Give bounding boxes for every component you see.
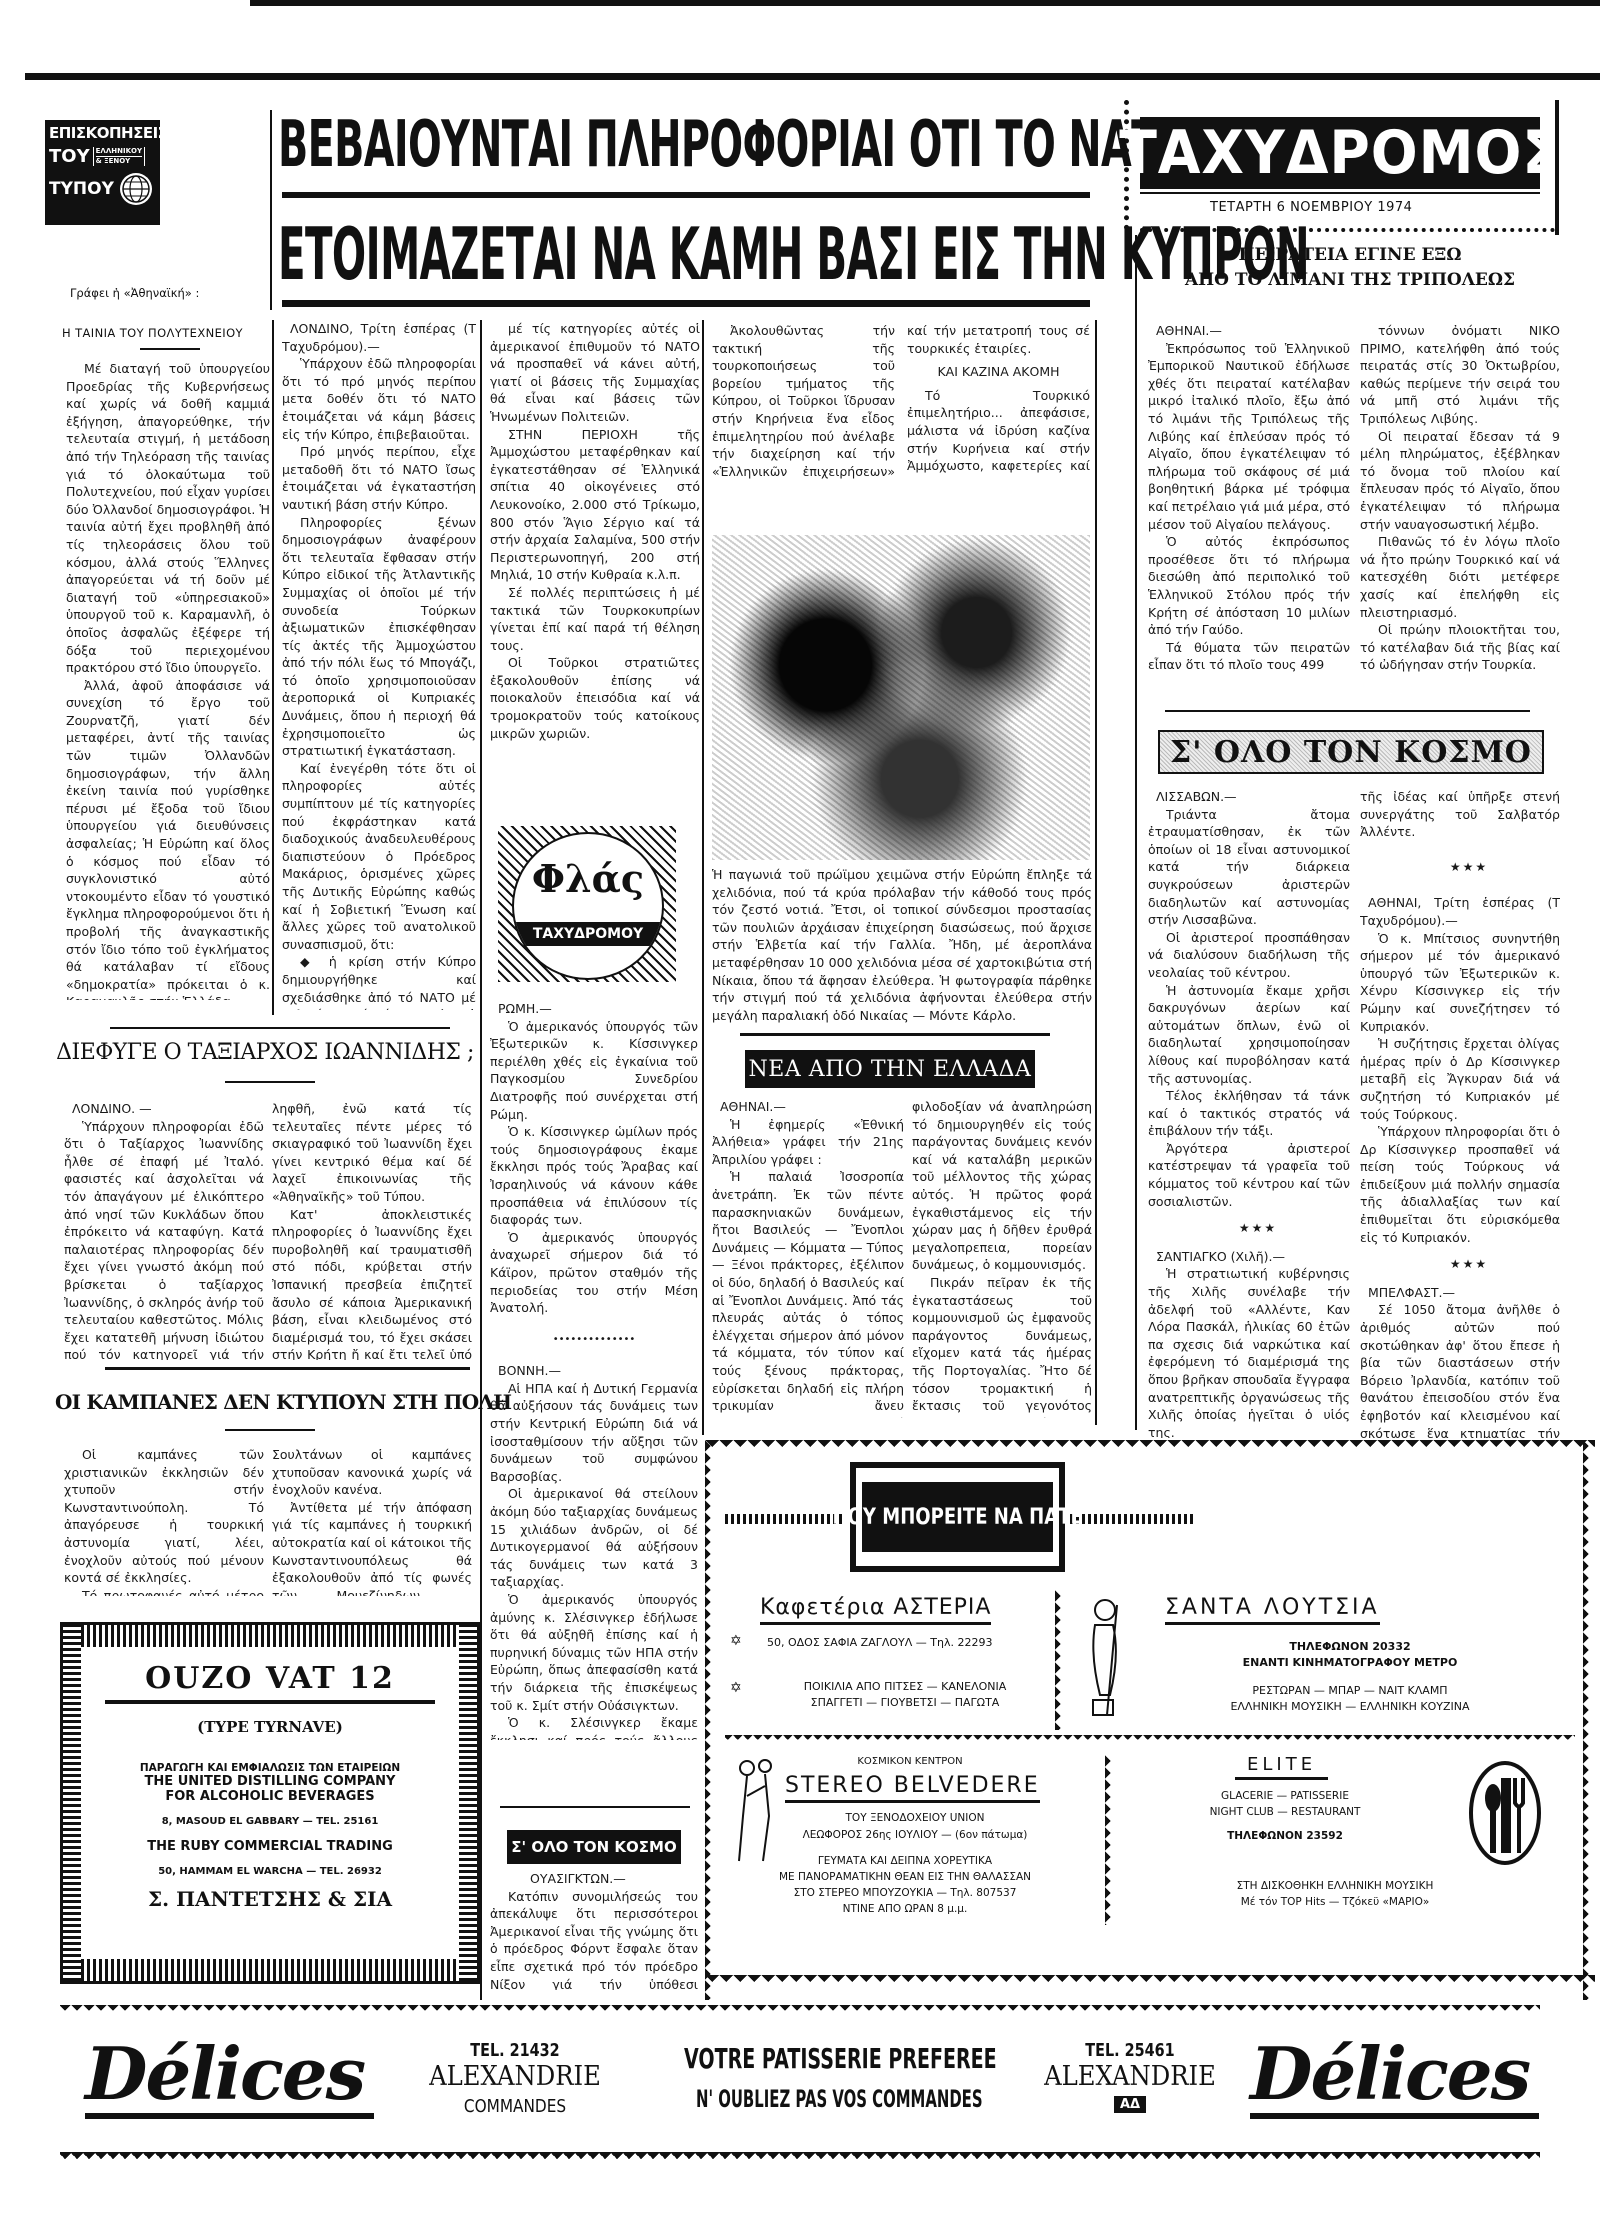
- paragraph: Αἱ ΗΠΑ καί ἡ Δυτική Γερμανία θά αὐξήσουν…: [490, 1380, 698, 1486]
- photo-swallows-icon: [712, 535, 1090, 860]
- paragraph: Ἀργότερα ἀριστεροί κατέστρεψαν τά γραφεῖ…: [1148, 1140, 1350, 1210]
- world-left-body: ΛΙΣΣΑΒΩΝ.— Τριάντα ἄτομα ἐτραυματίσθησαν…: [1148, 788, 1350, 1438]
- paragraph: Τό πρωτοφανές αὐτό μέτρο λαμβάνεται γιά …: [64, 1587, 264, 1596]
- paragraph: Κατόπιν συνομιλήσεώς του ἀπεκάλυψε ὅτι π…: [490, 1888, 698, 1990]
- star-of-david-icon: ✡: [730, 1680, 742, 1696]
- ouzo-line2: THE UNITED DISTILLING COMPANY: [85, 1774, 455, 1789]
- stars-divider: ★★★: [1148, 1220, 1350, 1238]
- paragraph: Ὁ ἀμερικανός ὑπουργός ἀναχωρεῖ σήμερον δ…: [490, 1229, 698, 1317]
- delices-commandes: COMMANDES: [430, 2096, 600, 2117]
- belvedere-kicker: ΚΟΣΜΙΚΟΝ ΚΕΝΤΡΟΝ: [785, 1756, 1035, 1767]
- world-right-body: τῆς ἰδέας καί ὑπῆρξε στενή συνεργάτης το…: [1360, 788, 1560, 1438]
- asteria-address: 50, ΟΔΟΣ ΣΑΦΙΑ ΖΑΓΛΟΥΛ — Τηλ. 22293: [767, 1636, 992, 1649]
- divider-rule: [500, 1806, 690, 1808]
- paragraph: Ἡ συζήτησις ἔρχεται ὀλίγας ἡμέρας πρίν ὁ…: [1360, 1035, 1560, 1123]
- delices-top-border: [60, 2005, 1540, 2017]
- delices-city-left: ALEXANDRIE: [425, 2061, 605, 2092]
- delices-logo-left: Délices: [85, 2035, 374, 2119]
- ouzo-address2: 50, HAMMAM EL WARCHA — TEL. 26932: [85, 1866, 455, 1877]
- piracy-title-line1: ΠΕΙΡΑΤΕΙΑ ΕΓΙΝΕ ΕΞΩ: [1140, 245, 1560, 265]
- flash-title: Φλάς: [514, 856, 662, 901]
- dateline: ΟΥΑΣΙΓΚΤΩΝ.—: [490, 1870, 698, 1888]
- flash-subtitle: ΤΑΧΥΔΡΟΜΟΥ: [514, 922, 662, 946]
- delices-tel-right: TEL. 25461: [1050, 2040, 1210, 2061]
- dateline: ΛΙΣΣΑΒΩΝ.—: [1148, 788, 1350, 806]
- ouzo-ad: OUZO VAT 12 (TYPE TYRNAVE) ΠΑΡΑΓΩΓΗ ΚΑΙ …: [60, 1622, 480, 1984]
- story-polytechnic-title: Η ΤΑΙΝΙΑ ΤΟΥ ΠΟΛΥΤΕΧΝΕΙΟΥ: [62, 326, 243, 340]
- belvedere-line6: ΝΤΙΝΕ ΑΠΟ ΩΡΑΝ 8 μ.μ.: [725, 1903, 1085, 1915]
- paragraph: ΣΤΗΝ ΠΕΡΙΟΧΗ τῆς Ἀμμοχώστου μεταφέρθηκαν…: [490, 426, 700, 584]
- ad-border: [705, 1440, 717, 2000]
- paragraph: Οἱ ἀμερικανοί θά στείλουν ἀκόμη δύο ταξι…: [490, 1485, 698, 1591]
- paragraph: Πληροφορίες ξένων δημοσιογράφων ἀναφέρου…: [282, 514, 476, 760]
- dateline: ΒΟΝΝΗ.—: [490, 1362, 698, 1380]
- delices-right-info: TEL. 25461 ALEXANDRIE ΑΔ: [1030, 2040, 1230, 2113]
- paragraph: Ἀντίθετα μέ τήν ἀπόφαση γιά τίς καμπάνες…: [272, 1499, 472, 1596]
- dateline: ΑΘΗΝΑΙ.—: [1148, 322, 1350, 340]
- press-review-line1: ΕΠΙΣΚΟΠΗΣΕΙΣ: [49, 124, 156, 142]
- paragraph: Σέ 1050 ἄτομα ἀνῆλθε ὁ ἀριθμός αὐτῶν πού…: [1360, 1301, 1560, 1438]
- paragraph: Ἐκπρόσωπος τοῦ Ἑλληνικοῦ Ἐμπορικοῦ Ναυτι…: [1148, 340, 1350, 534]
- bells-right-body: Σουλτάνων οἱ καμπάνες χτυποῦσαν κανονικά…: [272, 1446, 472, 1596]
- asteria-name: Καφετέρια ΑΣΤΕΡΙΑ: [760, 1595, 991, 1625]
- washington-body: ΟΥΑΣΙΓΚΤΩΝ.— Κατόπιν συνομιλήσεώς του ἀπ…: [490, 1870, 698, 1990]
- ouzo-line3: FOR ALCOHOLIC BEVERAGES: [85, 1789, 455, 1804]
- dateline: ΛΟΝΔΙΝΟ. —: [64, 1100, 264, 1118]
- ad-divider: [1055, 1590, 1065, 1730]
- paragraph: Τριάντα ἄτομα ἐτραυματίσθησαν, ἐκ τῶν ὁπ…: [1148, 806, 1350, 929]
- paragraph: ◆ ἡ κρίση στήν Κύπρο δημιουργήθηκε καί σ…: [282, 953, 476, 1010]
- col4-top-body: Ἀκολουθῶντας τήν τακτική τῆς τουρκοποιήσ…: [712, 322, 1090, 492]
- banner-line: [725, 1514, 845, 1524]
- delices-slogan2: N' OUBLIEZ PAS VOS COMMANDES: [696, 2085, 944, 2113]
- elite-phone: ΤΗΛΕΦΩΝΟΝ 23592: [1135, 1830, 1435, 1842]
- paragraph: Οἱ Τοῦρκοι στρατιῶτες ἐξακολουθοῦν ἐπίση…: [490, 654, 700, 742]
- paragraph: Οἱ ἀριστεροί προσπάθησαν νά διαλύσουν δι…: [1148, 929, 1350, 982]
- dateline: ΛΟΝΔΙΝΟ, Τρίτη ἑσπέρας (Τ Ταχυδρόμου).—: [282, 320, 476, 355]
- top-rule: [250, 0, 1600, 6]
- right-col-left-rule: [1135, 780, 1137, 1430]
- paragraph: Κατ' ἀποκλειστικές πληροφορίες ὁ Ἰωαννίδ…: [272, 1206, 472, 1360]
- where-to-go-banner-text: ΠΟΥ ΜΠΟΡΕΙΤΕ ΝΑ ΠΑΤΕ: [832, 1505, 1082, 1530]
- stars-divider: ★★★: [1360, 859, 1560, 877]
- paragraph: ληφθῆ, ἐνῶ κατά τίς τελευταῖες πέντε μέρ…: [272, 1100, 472, 1206]
- paragraph: Ὁ κ. Σλέσινγκερ ἔκαμε ἔκκλησι καί πρός τ…: [490, 1714, 698, 1740]
- delices-city-right: ALEXANDRIE: [1040, 2061, 1220, 2092]
- paragraph: Μέ διαταγή τοῦ ὑπουργείου Προεδρίας τῆς …: [66, 360, 270, 677]
- nameplate-text: ΤΑΧΥΔΡΟΜΟΣ: [1119, 118, 1561, 188]
- paragraph: Ἡ παλαιά Ἰσοσροπία ἀνετράπη. Ἐκ τῶν πέντ…: [712, 1168, 904, 1418]
- ouzo-title: OUZO VAT 12: [105, 1661, 435, 1704]
- elite-line3: ΣΤΗ ΔΙΣΚΟΘΗΚΗ ΕΛΛΗΝΙΚΗ ΜΟΥΣΙΚΗ: [1125, 1880, 1545, 1892]
- ouzo-seller: Σ. ΠΑΝΤΕΤΣΗΣ & ΣΙΑ: [85, 1887, 455, 1911]
- divider-rule: [105, 1367, 470, 1370]
- elite-line1: GLACERIE — PATISSERIE: [1135, 1790, 1435, 1802]
- elite-name: ELITE: [1235, 1754, 1328, 1780]
- belvedere-line5: ΣΤΟ ΣΤΕΡΕΟ ΜΠΟΥΖΟΥΚΙΑ — Τηλ. 807537: [725, 1887, 1085, 1899]
- delices-tel-left: TEL. 21432: [435, 2040, 595, 2061]
- dots-divider: ••••••••••••••: [490, 1331, 698, 1349]
- asteria-line2: ΣΠΑΓΓΕΤΙ — ΓΙΟΥΒΕΤΣΙ — ΠΑΓΩΤΑ: [755, 1696, 1055, 1709]
- paragraph: Ὁ ἀμερικανός ὑπουργός τῶν Ἐξωτερικῶν κ. …: [490, 1018, 698, 1124]
- world-banner: Σ' ΟΛΟ ΤΟΝ ΚΟΣΜΟ: [1158, 730, 1544, 774]
- banner-line: [1070, 1514, 1195, 1524]
- paragraph: Ἀλλά, ἀφοῦ ἀποφάσισε νά συνεχίση τό ἔργο…: [66, 677, 270, 1000]
- press-review-line2-bottom: & ΞΕΝΟΥ: [96, 157, 142, 166]
- piracy-title-line2: ΑΠΟ ΤΟ ΛΙΜΑΝΙ ΤΗΣ ΤΡΙΠΟΛΕΩΣ: [1140, 270, 1560, 290]
- dateline: ΡΩΜΗ.—: [490, 1000, 698, 1018]
- world-top-rule: [1165, 710, 1530, 712]
- main-headline-line1: ΒΕΒΑΙΟΥΝΤΑΙ ΠΛΗΡΟΦΟΡΙΑΙ ΟΤΙ ΤΟ ΝΑΤΟ: [278, 108, 1191, 182]
- greece-banner: ΝΕΑ ΑΠΟ ΤΗΝ ΕΛΛΑΔΑ: [745, 1050, 1035, 1088]
- world-banner-small-text: Σ' ΟΛΟ ΤΟΝ ΚΟΣΜΟ: [511, 1838, 676, 1856]
- ad-border: [705, 1440, 1595, 1454]
- dateline: ΣΑΝΤΙΑΓΚΟ (Χιλῆ).—: [1148, 1248, 1350, 1266]
- where-to-go-ad: ΠΟΥ ΜΠΟΡΕΙΤΕ ΝΑ ΠΑΤΕ Καφετέρια ΑΣΤΕΡΙΑ ✡…: [705, 1440, 1595, 2000]
- divider-rule: [110, 1027, 450, 1029]
- paragraph: Ὁ ἀμερικανός ὑπουργός ἀμύνης κ. Σλέσινγκ…: [490, 1591, 698, 1714]
- ouzo-line1: ΠΑΡΑΓΩΓΗ ΚΑΙ ΕΜΦΙΑΛΩΣΙΣ ΤΩΝ ΕΤΑΙΡΕΙΩΝ: [85, 1762, 455, 1774]
- santa-lucia-name: ΣΑΝΤΑ ΛΟΥΤΣΙΑ: [1165, 1595, 1380, 1625]
- headline-bottom-rule: [282, 300, 1090, 307]
- delices-slogan: VOTRE PATISSERIE PREFEREE N' OUBLIEZ PAS…: [620, 2042, 1020, 2113]
- stars-divider: ★★★: [1360, 1256, 1560, 1274]
- col3-top-body: μέ τίς κατηγορίες αὐτές οἱ ἀμερικανοί ἐπ…: [490, 320, 700, 820]
- paragraph: Οἱ καμπάνες τῶν χριστιανικῶν ἐκκλησιῶν δ…: [64, 1446, 264, 1587]
- ioannidis-right-body: ληφθῆ, ἐνῶ κατά τίς τελευταῖες πέντε μέρ…: [272, 1100, 472, 1360]
- paragraph: Πικράν πεῖραν ἐκ τῆς ἐγκαταστάσεως τοῦ κ…: [912, 1274, 1092, 1418]
- dancing-couple-icon: [735, 1756, 780, 1866]
- nameplate-underline: [1140, 192, 1540, 194]
- paragraph: Ἡ ἐφημερίς «Ἐθνική Ἀλήθεια» γράφει τήν 2…: [712, 1116, 904, 1169]
- paragraph: Οἱ πειραταί ἔδεσαν τά 9 μέλη πληρώματος,…: [1360, 428, 1560, 534]
- santa-lucia-address: ΕΝΑΝΤΙ ΚΙΝΗΜΑΤΟΓΡΑΦΟΥ ΜΕΤΡΟ: [1135, 1656, 1565, 1669]
- santa-lucia-line1: ΡΕΣΤΩΡΑΝ — ΜΠΑΡ — ΝΑΙΤ ΚΛΑΜΠ: [1135, 1684, 1565, 1697]
- paragraph: Ἡ ἀστυνομία ἔκαμε χρῆσι δακρυγόνων ἀερίω…: [1148, 982, 1350, 1088]
- delices-badge: ΑΔ: [1114, 2096, 1146, 2113]
- greece-top-rule: [740, 1033, 1050, 1036]
- story-bells-title: ΟΙ ΚΑΜΠΑΝΕΣ ΔΕΝ ΚΤΥΠΟΥΝ ΣΤΗ ΠΟΛΗ: [55, 1390, 475, 1414]
- ouzo-address1: 8, MASOUD EL GABBARY — TEL. 25161: [85, 1816, 455, 1827]
- press-review-box: ΕΠΙΣΚΟΠΗΣΕΙΣ ΤΟΥ ΕΛΛΗΝΙΚΟΥ & ΞΕΝΟΥ ΤΥΠΟΥ: [45, 120, 160, 225]
- ad-border: [63, 1959, 477, 1981]
- santa-lucia-line2: ΕΛΛΗΝΙΚΗ ΜΟΥΣΙΚΗ — ΕΛΛΗΝΙΚΗ ΚΟΥΖΙΝΑ: [1135, 1700, 1565, 1713]
- col-rule: [272, 320, 274, 1015]
- delices-logo-right: Délices: [1250, 2035, 1539, 2119]
- headline-left-rule: [270, 110, 272, 310]
- star-of-david-icon: ✡: [730, 1633, 742, 1649]
- santa-lucia-phone: ΤΗΛΕΦΩΝΟΝ 20332: [1135, 1640, 1565, 1653]
- nameplate-dotted-bottom: [1140, 228, 1555, 232]
- paragraph: Ὑπάρχουν πληροφορίαι ἐδῶ ὅτι ὁ Ταξίαρχος…: [64, 1118, 264, 1360]
- col-rule: [480, 320, 482, 2000]
- ad-border: [705, 1975, 1595, 1989]
- ioannidis-left-body: ΛΟΝΔΙΝΟ. — Ὑπάρχουν πληροφορίαι ἐδῶ ὅτι …: [64, 1100, 264, 1360]
- ad-border: [1583, 1440, 1595, 2000]
- paragraph: Σουλτάνων οἱ καμπάνες χτυποῦσαν κανονικά…: [272, 1446, 472, 1499]
- piracy-right-body: τόννων ὀνόματι ΝΙΚΟ ΠΡΙΜΟ, κατελήφθη ἀπό…: [1360, 322, 1560, 692]
- paragraph: Πρό μηνός περίπου, εἶχε μεταδοθῆ ὅτι τό …: [282, 443, 476, 513]
- paragraph: Ὁ αὐτός ἐκπρόσωπος προσέθεσε ὅτι τό πλήρ…: [1148, 533, 1350, 639]
- ad-border: [63, 1625, 81, 1981]
- greece-banner-text: ΝΕΑ ΑΠΟ ΤΗΝ ΕΛΛΑΔΑ: [749, 1057, 1032, 1082]
- belvedere-line1: ΤΟΥ ΞΕΝΟΔΟΧΕΙΟΥ UNION: [765, 1812, 1065, 1824]
- title-underline: [225, 1081, 315, 1083]
- paragraph: Τέλος ἐκλήθησαν τά τάνκ καί ὁ τακτικός σ…: [1148, 1087, 1350, 1140]
- elite-line4: Μέ τόν ΤΟΡ Hits — Τζόκεϋ «ΜΑΡΙΟ»: [1125, 1896, 1545, 1908]
- nato-story-body: ΛΟΝΔΙΝΟ, Τρίτη ἑσπέρας (Τ Ταχυδρόμου).— …: [282, 320, 476, 1010]
- dateline: ΜΠΕΛΦΑΣΤ.—: [1360, 1284, 1560, 1302]
- kicker: Γράφει ἡ «Ἀθηναϊκή» :: [70, 286, 199, 300]
- date: ΤΕΤΑΡΤΗ 6 ΝΟΕΜΒΡΙΟΥ 1974: [1210, 200, 1412, 215]
- title-underline: [225, 1429, 315, 1431]
- flash-badge: Φλάς ΤΑΧΥΔΡΟΜΟΥ: [498, 826, 676, 982]
- bells-left-body: Οἱ καμπάνες τῶν χριστιανικῶν ἐκκλησιῶν δ…: [64, 1446, 264, 1596]
- delices-left-info: TEL. 21432 ALEXANDRIE COMMANDES: [415, 2040, 615, 2117]
- paragraph: Ὑπάρχουν πληροφορίαι ὅτι ὁ Δρ Κίσσινγκερ…: [1360, 1123, 1560, 1246]
- paragraph: Ὁ κ. Μπίτσιος συνηντήθη σήμερον μέ τόν ἀ…: [1360, 930, 1560, 1036]
- paragraph: Ὁ κ. Κίσσινγκερ ὡμίλων πρός τούς δημοσιο…: [490, 1123, 698, 1229]
- story-polytechnic-body: Μέ διαταγή τοῦ ὑπουργείου Προεδρίας τῆς …: [66, 360, 270, 1000]
- elite-line2: NIGHT CLUB — RESTAURANT: [1135, 1806, 1435, 1818]
- cutlery-plate-icon: [1467, 1758, 1543, 1868]
- dateline: ΑΘΗΝΑΙ.—: [712, 1098, 904, 1116]
- paragraph: Τά θύματα τῶν πειρατῶν εἶπαν ὅτι τό πλοῖ…: [1148, 639, 1350, 674]
- piracy-left-body: ΑΘΗΝΑΙ.— Ἐκπρόσωπος τοῦ Ἑλληνικοῦ Ἐμπορι…: [1148, 322, 1350, 692]
- paragraph: Σέ πολλές περιπτώσεις ἡ μέ τακτικά τῶν Τ…: [490, 584, 700, 654]
- delices-slogan1: VOTRE PATISSERIE PREFEREE: [684, 2042, 956, 2075]
- photo-caption: Ἡ παγωνιά τοῦ πρώϊμου χειμῶνα στήν Εὐρώπ…: [712, 866, 1092, 1024]
- ad-border: [63, 1625, 477, 1647]
- press-review-line3: ΤΥΠΟΥ: [49, 179, 114, 199]
- paragraph: φιλοδοξίαν νά ἀναπληρώση τό δημιουργηθέν…: [912, 1098, 1092, 1274]
- paragraph: Καί ἐνεγέρθη τότε ὅτι οἱ πληροφορίες αὐτ…: [282, 760, 476, 954]
- paragraph: Οἱ πρώην πλοιοκτῆται του, τό κατέλαβαν δ…: [1360, 621, 1560, 674]
- paragraph: μέ τίς κατηγορίες αὐτές οἱ ἀμερικανοί ἐπ…: [490, 320, 700, 426]
- paragraph: τόννων ὀνόματι ΝΙΚΟ ΠΡΙΜΟ, κατελήφθη ἀπό…: [1360, 322, 1560, 428]
- dateline: ΑΘΗΝΑΙ, Τρίτη ἑσπέρας (Τ Ταχυδρόμου).—: [1360, 894, 1560, 929]
- globe-icon: [118, 171, 154, 207]
- story-ioannidis-title: ΔΙΕΦΥΓΕ Ο ΤΑΞΙΑΡΧΟΣ ΙΩΑΝΝΙΔΗΣ ;: [50, 1040, 480, 1065]
- world-banner-text: Σ' ΟΛΟ ΤΟΝ ΚΟΣΜΟ: [1170, 735, 1532, 770]
- belvedere-name: STEREO BELVEDERE: [785, 1773, 1040, 1803]
- belvedere-line2: ΛΕΩΦΟΡΟΣ 26ης ΙΟΥΛΙΟΥ — (6ον πάτωμα): [765, 1829, 1065, 1841]
- belvedere-line3: ΓΕΥΜΑΤΑ ΚΑΙ ΔΕΙΠΝΑ ΧΟΡΕΥΤΙΚΑ: [725, 1855, 1085, 1867]
- delices-bottom-border: [60, 2152, 1540, 2168]
- double-bass-player-icon: [1085, 1595, 1130, 1725]
- ouzo-company2: THE RUBY COMMERCIAL TRADING: [85, 1839, 455, 1854]
- ad-border: [459, 1625, 477, 1981]
- col-rule: [1095, 320, 1097, 1425]
- col3-lower-body: ΡΩΜΗ.— Ὁ ἀμερικανός ὑπουργός τῶν Ἐξωτερι…: [490, 1000, 698, 1740]
- greece-left-body: ΑΘΗΝΑΙ.— Ἡ ἐφημερίς «Ἐθνική Ἀλήθεια» γρά…: [712, 1098, 904, 1418]
- where-to-go-banner: ΠΟΥ ΜΠΟΡΕΙΤΕ ΝΑ ΠΑΤΕ: [850, 1462, 1065, 1572]
- world-banner-small: Σ' ΟΛΟ ΤΟΝ ΚΟΣΜΟ: [507, 1830, 681, 1864]
- nameplate: ΤΑΧΥΔΡΟΜΟΣ: [1140, 117, 1540, 189]
- subhead: ΚΑΙ ΚΑΖΙΝΑ ΑΚΟΜΗ: [907, 363, 1090, 381]
- col-rule: [702, 320, 704, 1435]
- paragraph: τῆς ἰδέας καί ὑπῆρξε στενή συνεργάτης το…: [1360, 788, 1560, 841]
- press-review-line2-prefix: ΤΟΥ: [49, 146, 90, 167]
- press-review-line2-top: ΕΛΛΗΝΙΚΟΥ: [96, 147, 142, 157]
- nameplate-right-rule: [1555, 100, 1559, 235]
- paragraph: Ἡ στρατιωτική κυβέρνησις τῆς Χιλῆς συνέλ…: [1148, 1265, 1350, 1438]
- asteria-line1: ΠΟΙΚΙΛΙΑ ΑΠΟ ΠΙΤΣΕΣ — ΚΑΝΕΛΟΝΙΑ: [755, 1680, 1055, 1693]
- headline-underline: [282, 192, 1090, 198]
- paragraph: Πιθανῶς τό ἐν λόγω πλοῖο νά ἦτο πρώην Το…: [1360, 533, 1560, 621]
- ad-divider: [725, 1735, 1575, 1745]
- title-underline: [140, 348, 200, 350]
- belvedere-line4: ΜΕ ΠΑΝΟΡΑΜΑΤΙΚΗΝ ΘΕΑΝ ΕΙΣ ΤΗΝ ΘΑΛΑΣΣΑΝ: [725, 1871, 1085, 1883]
- ad-divider: [1105, 1755, 1115, 1925]
- paragraph: Ὑπάρχουν ἐδῶ πληροφορίαι ὅτι τό πρό μηνό…: [282, 355, 476, 443]
- ouzo-subtitle: (TYPE TYRNAVE): [85, 1718, 455, 1736]
- greece-right-body: φιλοδοξίαν νά ἀναπληρώση τό δημιουργηθέν…: [912, 1098, 1092, 1418]
- masthead-rule: [25, 73, 1600, 80]
